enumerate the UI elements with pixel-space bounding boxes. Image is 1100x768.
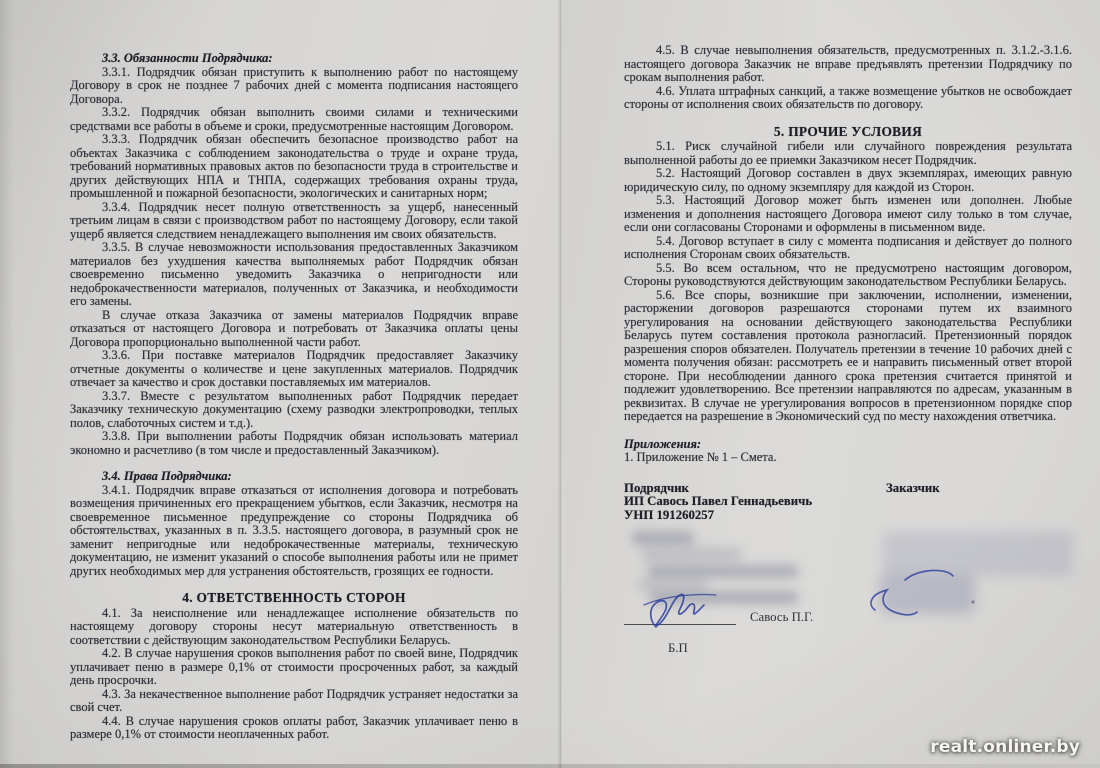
paragraph: 4.5. В случае невыполнения обязательств,… (624, 44, 1072, 85)
contractor-signature-block: Подрядчик ИП Савось Павел Геннадьевичь У… (624, 482, 886, 656)
subsection-heading: 3.3. Обязанности Подрядчика: (70, 52, 518, 66)
customer-signature-ink (861, 566, 991, 622)
paragraph: 5.4. Договор вступает в силу с момента п… (624, 235, 1072, 262)
paragraph: 5.2. Настоящий Договор составлен в двух … (624, 167, 1072, 194)
paragraph: 3.3.2. Подрядчик обязан выполнить своими… (70, 106, 518, 133)
contractor-name: ИП Савось Павел Геннадьевичь (624, 495, 886, 509)
document-photo: 3.3. Обязанности Подрядчика:3.3.1. Подря… (0, 0, 1100, 768)
contractor-signature-ink (642, 581, 738, 633)
redaction-smudge (648, 565, 798, 578)
paragraph: 5.3. Настоящий Договор может быть измене… (624, 194, 1072, 235)
paragraph: 3.4.1. Подрядчик вправе отказаться от ис… (70, 484, 518, 579)
section-heading: 5. ПРОЧИЕ УСЛОВИЯ (624, 125, 1072, 139)
redaction-smudge (642, 547, 742, 562)
contractor-seal-label: Б.П (668, 642, 886, 656)
paragraph: В случае отказа Заказчика от замены мате… (70, 309, 518, 350)
page-left: 3.3. Обязанности Подрядчика:3.3.1. Подря… (0, 0, 561, 768)
contractor-label: Подрядчик (624, 482, 886, 496)
paragraph: 5.5. Во всем остальном, что не предусмот… (624, 262, 1072, 289)
paragraph: 3.3.4. Подрядчик несет полную ответствен… (70, 201, 518, 242)
paragraph: 4.3. За некачественное выполнение работ … (70, 688, 518, 715)
paragraph: 4.6. Уплата штрафных санкций, а также во… (624, 85, 1072, 112)
contractor-signature-row: Савось П.Г. (624, 611, 886, 629)
contractor-signed-name: Савось П.Г. (750, 610, 813, 624)
paragraph: 3.3.8. При выполнении работы Подрядчик о… (70, 430, 518, 457)
paragraph: 5.6. Все споры, возникшие при заключении… (624, 289, 1072, 424)
paragraph: 3.3.3. Подрядчик обязан обеспечить безоп… (70, 133, 518, 201)
paragraph: 3.3.5. В случае невозможности использова… (70, 241, 518, 309)
paragraph: 4.1. За неисполнение или ненадлежащее ис… (70, 607, 518, 648)
paragraph: 3.3.6. При поставке материалов Подрядчик… (70, 349, 518, 390)
redaction-smudge (632, 531, 694, 545)
left-page-text: 3.3. Обязанности Подрядчика:3.3.1. Подря… (70, 52, 518, 742)
paragraph: 3.3.1. Подрядчик обязан приступить к вып… (70, 66, 518, 107)
section-heading: 4. ОТВЕТСТВЕННОСТЬ СТОРОН (70, 591, 518, 605)
page-right: 4.5. В случае невыполнения обязательств,… (561, 0, 1100, 768)
appendix-heading: Приложения: (624, 438, 1072, 452)
paragraph: 4.2. В случае нарушения сроков выполнени… (70, 647, 518, 688)
subsection-heading: 3.4. Права Подрядчика: (70, 470, 518, 484)
contractor-unp: УНП 191260257 (624, 509, 886, 523)
customer-label: Заказчик (886, 482, 1072, 496)
paragraph: 3.3.7. Вместе с результатом выполненных … (70, 390, 518, 431)
watermark: realt.onliner.by (930, 737, 1080, 757)
right-page-text: 4.5. В случае невыполнения обязательств,… (624, 44, 1072, 465)
customer-signature-area (861, 566, 991, 618)
paragraph: 4.4. В случае нарушения сроков оплаты ра… (70, 715, 518, 742)
paragraph: 5.1. Риск случайной гибели или случайног… (624, 140, 1072, 167)
appendix-list-item: 1. Приложение № 1 – Смета. (624, 451, 1072, 465)
